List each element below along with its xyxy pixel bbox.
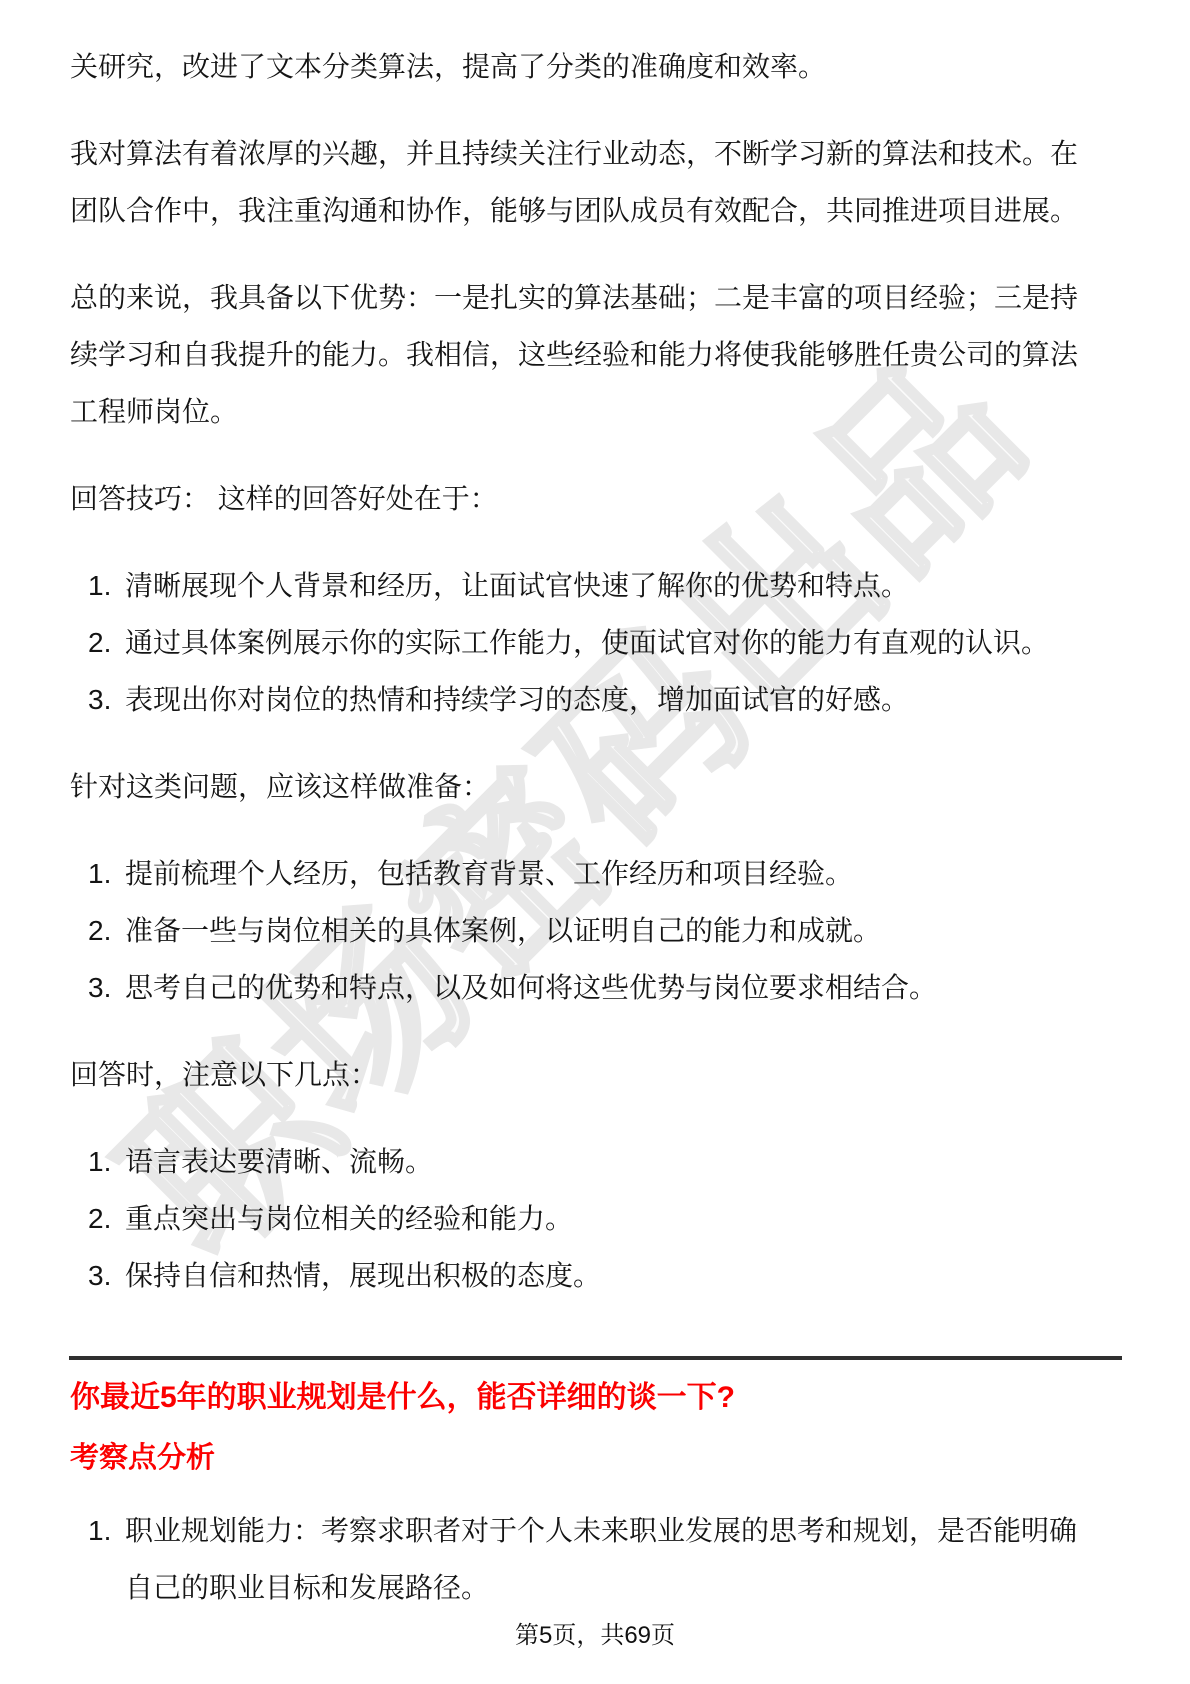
list-item: 1. 提前梳理个人经历，包括教育背景、工作经历和项目经验。 (70, 845, 1086, 902)
next-question-title: 你最近5年的职业规划是什么，能否详细的谈一下? (70, 1376, 1086, 1420)
list-item: 1. 语言表达要清晰、流畅。 (70, 1133, 1086, 1190)
list-item-text: 准备一些与岗位相关的具体案例，以证明自己的能力和成就。 (125, 915, 881, 946)
list-item: 3. 保持自信和热情，展现出积极的态度。 (70, 1247, 1086, 1304)
list-item: 3. 表现出你对岗位的热情和持续学习的态度，增加面试官的好感。 (70, 671, 1086, 728)
list-item-text: 保持自信和热情，展现出积极的态度。 (125, 1260, 601, 1291)
list-item-text: 清晰展现个人背景和经历，让面试官快速了解你的优势和特点。 (125, 570, 909, 601)
paragraph-answer-notes-heading: 回答时，注意以下几点： (70, 1046, 1086, 1103)
document-body: 关研究，改进了文本分类算法，提高了分类的准确度和效率。 我对算法有着浓厚的兴趣，… (70, 38, 1086, 1646)
list-item-number: 1. (88, 845, 111, 902)
analysis-section-heading: 考察点分析 (70, 1436, 1086, 1480)
section-divider (69, 1356, 1122, 1360)
answer-benefits-list: 1. 清晰展现个人背景和经历，让面试官快速了解你的优势和特点。 2. 通过具体案… (70, 557, 1086, 728)
list-item-text: 重点突出与岗位相关的经验和能力。 (125, 1203, 573, 1234)
list-item: 2. 准备一些与岗位相关的具体案例，以证明自己的能力和成就。 (70, 902, 1086, 959)
list-item-number: 2. (88, 614, 111, 671)
paragraph-summary: 总的来说，我具备以下优势：一是扎实的算法基础；二是丰富的项目经验；三是持续学习和… (70, 269, 1086, 440)
list-item: 1. 清晰展现个人背景和经历，让面试官快速了解你的优势和特点。 (70, 557, 1086, 614)
list-item-number: 3. (88, 1247, 111, 1304)
list-item-number: 1. (88, 1133, 111, 1190)
page-footer: 第5页，共69页 (0, 1621, 1190, 1651)
list-item-number: 2. (88, 1190, 111, 1247)
list-item-number: 3. (88, 671, 111, 728)
paragraph-continuation: 关研究，改进了文本分类算法，提高了分类的准确度和效率。 (70, 38, 1086, 95)
list-item-text: 表现出你对岗位的热情和持续学习的态度，增加面试官的好感。 (125, 684, 909, 715)
list-item: 3. 思考自己的优势和特点，以及如何将这些优势与岗位要求相结合。 (70, 959, 1086, 1016)
paragraph-preparation-heading: 针对这类问题，应该这样做准备： (70, 758, 1086, 815)
answer-notes-list: 1. 语言表达要清晰、流畅。 2. 重点突出与岗位相关的经验和能力。 3. 保持… (70, 1133, 1086, 1304)
document-page: 职场密码出品 关研究，改进了文本分类算法，提高了分类的准确度和效率。 我对算法有… (0, 0, 1190, 1684)
paragraph-answer-tips-heading: 回答技巧： 这样的回答好处在于： (70, 470, 1086, 527)
list-item: 2. 重点突出与岗位相关的经验和能力。 (70, 1190, 1086, 1247)
list-item-number: 1. (88, 1502, 111, 1559)
paragraph-interest: 我对算法有着浓厚的兴趣，并且持续关注行业动态，不断学习新的算法和技术。在团队合作… (70, 125, 1086, 239)
list-item-number: 1. (88, 557, 111, 614)
list-item-text: 通过具体案例展示你的实际工作能力，使面试官对你的能力有直观的认识。 (125, 627, 1049, 658)
list-item-number: 3. (88, 959, 111, 1016)
list-item-number: 2. (88, 902, 111, 959)
analysis-points-list: 1. 职业规划能力：考察求职者对于个人未来职业发展的思考和规划，是否能明确自己的… (70, 1502, 1086, 1616)
preparation-steps-list: 1. 提前梳理个人经历，包括教育背景、工作经历和项目经验。 2. 准备一些与岗位… (70, 845, 1086, 1016)
list-item-text: 思考自己的优势和特点，以及如何将这些优势与岗位要求相结合。 (125, 972, 937, 1003)
list-item-text: 提前梳理个人经历，包括教育背景、工作经历和项目经验。 (125, 858, 853, 889)
list-item-text: 职业规划能力：考察求职者对于个人未来职业发展的思考和规划，是否能明确自己的职业目… (125, 1515, 1077, 1603)
list-item: 1. 职业规划能力：考察求职者对于个人未来职业发展的思考和规划，是否能明确自己的… (70, 1502, 1086, 1616)
page-indicator: 第5页，共69页 (515, 1622, 675, 1649)
list-item-text: 语言表达要清晰、流畅。 (125, 1146, 433, 1177)
list-item: 2. 通过具体案例展示你的实际工作能力，使面试官对你的能力有直观的认识。 (70, 614, 1086, 671)
